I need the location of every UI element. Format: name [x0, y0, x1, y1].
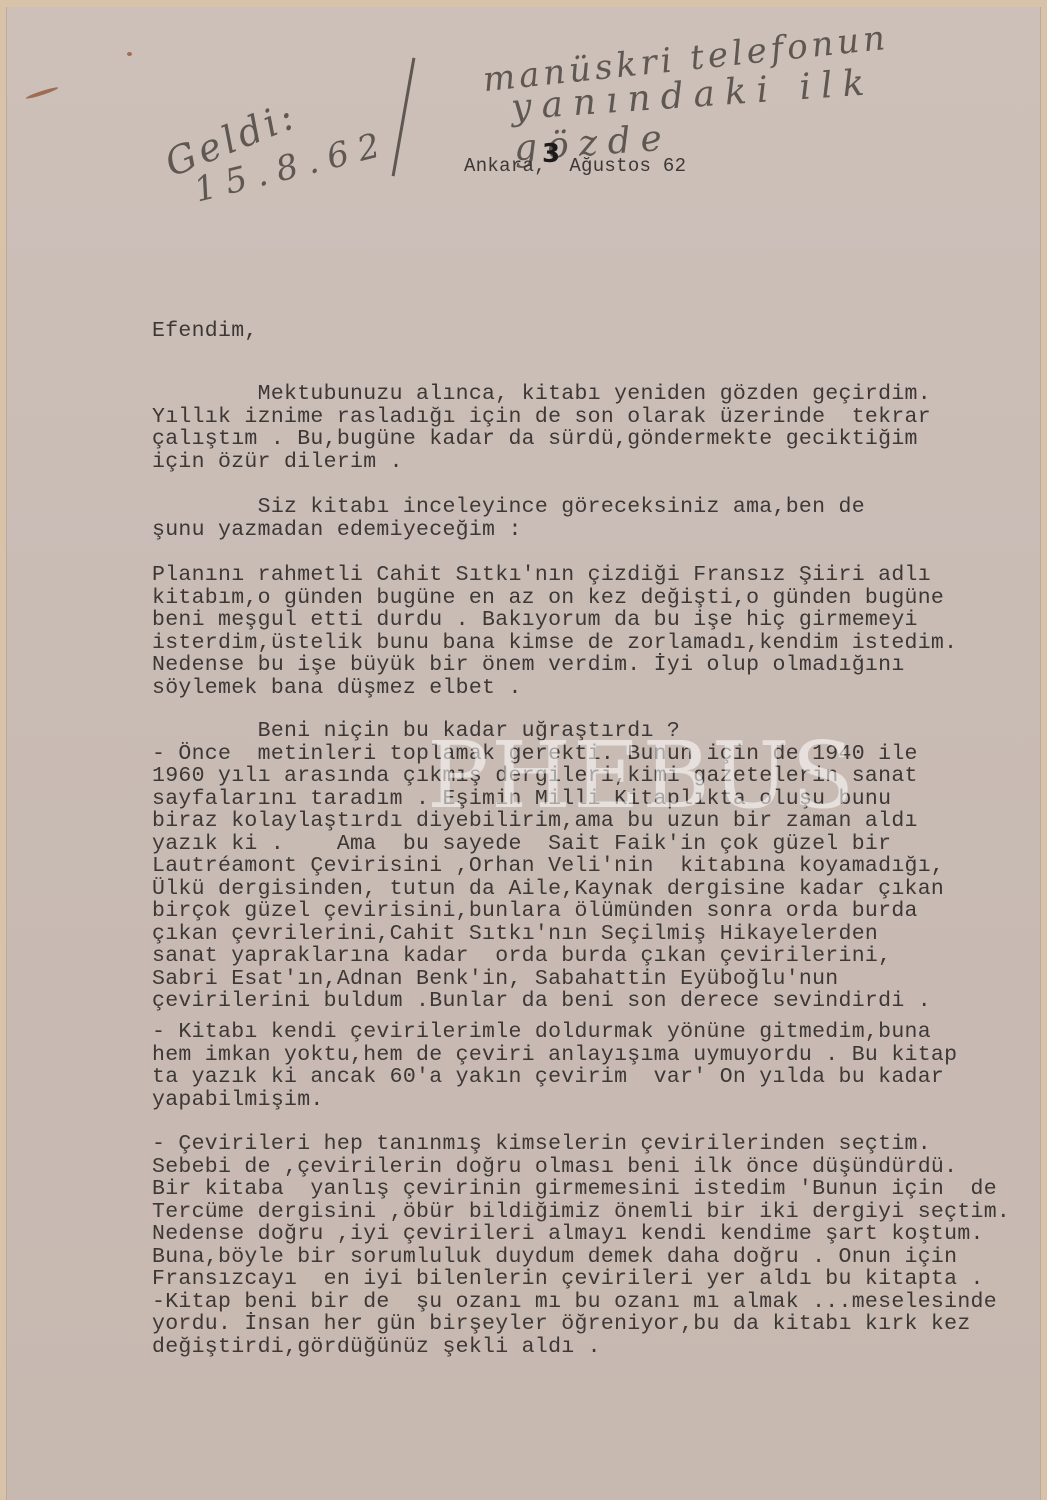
handwritten-divider — [392, 58, 416, 177]
paragraph-4: Beni niçin bu kadar uğraştırdı ? - Önce … — [152, 720, 944, 1013]
letter-page: manüskri telefonun yanındaki ilk gözde G… — [6, 7, 1041, 1500]
salutation: Efendim, — [152, 320, 258, 343]
paragraph-2: Siz kitabı inceleyince göreceksiniz ama,… — [152, 496, 865, 541]
date-stamp: 3 — [542, 139, 560, 169]
stain-mark — [127, 52, 132, 56]
stain-mark — [25, 86, 59, 100]
paragraph-6: - Çevirileri hep tanınmış kimselerin çev… — [152, 1133, 1010, 1358]
paragraph-5: - Kitabı kendi çevirilerimle doldurmak y… — [152, 1021, 957, 1111]
place-date: Ankara, Ağustos 62 — [464, 155, 686, 178]
paragraph-1: Mektubunuzu alınca, kitabı yeniden gözde… — [152, 383, 931, 473]
paragraph-3: Planını rahmetli Cahit Sıtkı'nın çizdiği… — [152, 564, 957, 699]
